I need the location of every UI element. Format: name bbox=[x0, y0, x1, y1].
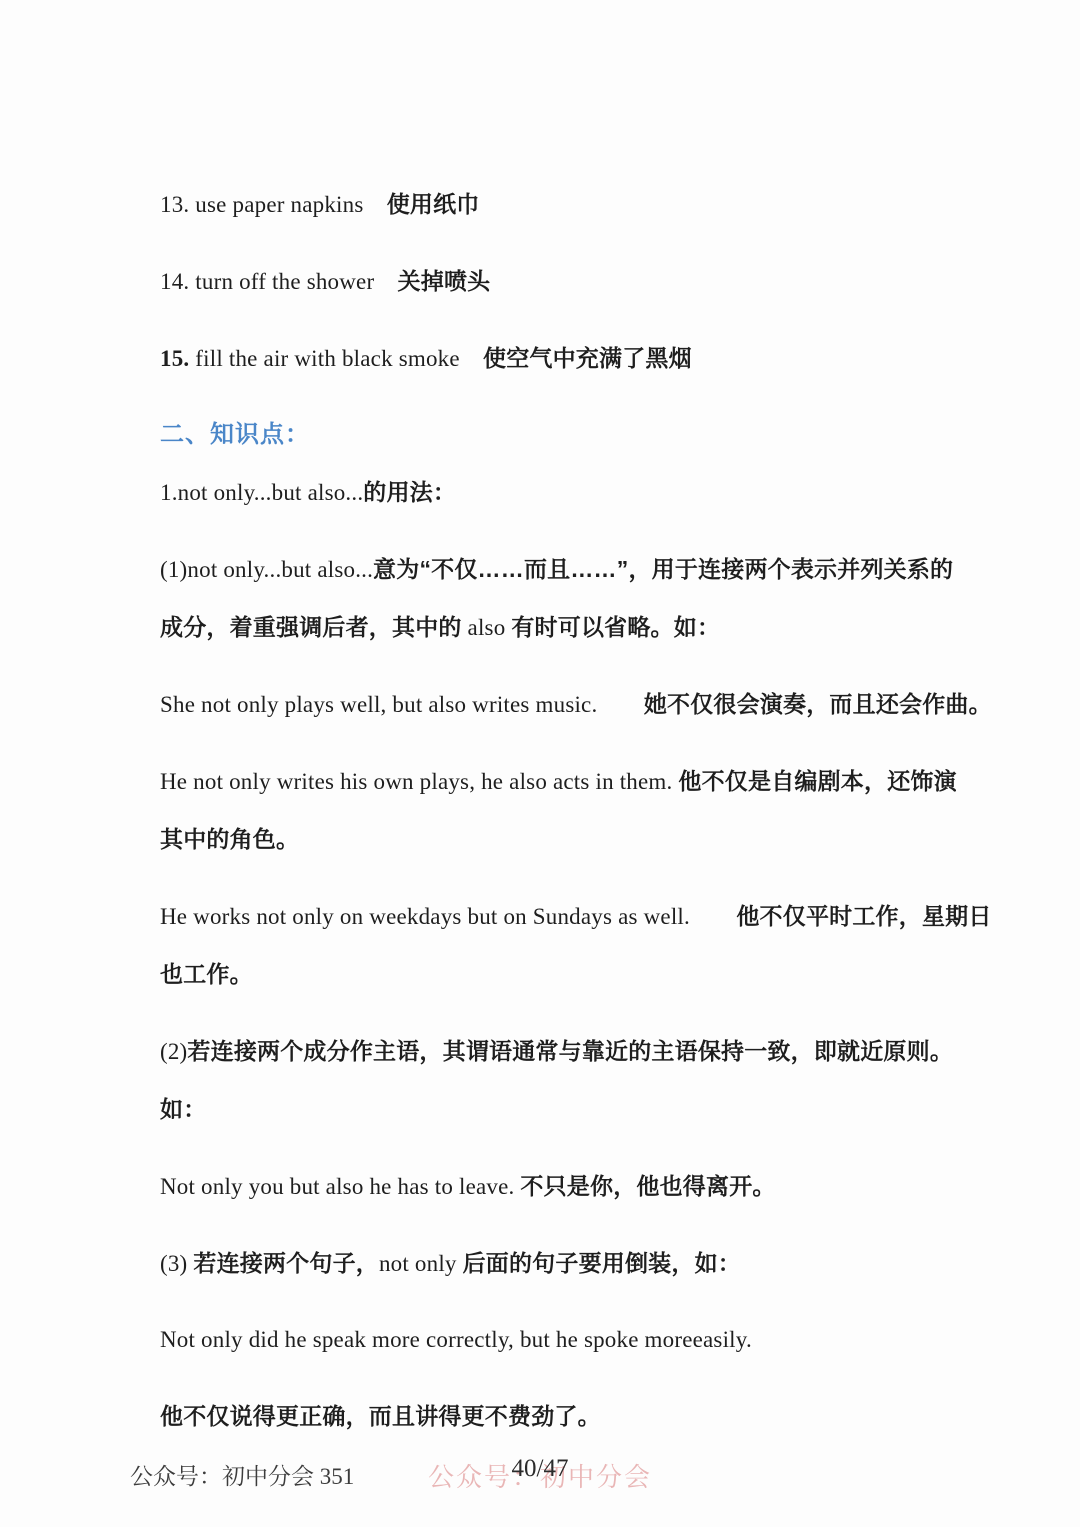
text-line: (2)若连接两个成分作主语，其谓语通常与靠近的主语保持一致，即就近原则。 bbox=[160, 1036, 980, 1067]
text-segment: (2) bbox=[160, 1039, 187, 1064]
section-heading: 二、知识点： bbox=[160, 420, 980, 450]
text-segment: 不只是你，他也得离开。 bbox=[520, 1173, 775, 1199]
text-line: 15. fill the air with black smoke 使空气中充满… bbox=[160, 343, 980, 374]
text-segment: (3) bbox=[160, 1251, 193, 1276]
text-line: 如： bbox=[160, 1094, 980, 1125]
text-segment: He works not only on weekdays but on Sun… bbox=[160, 904, 690, 929]
text-line: 1.not only...but also...的用法： bbox=[160, 477, 980, 508]
text-line: Not only you but also he has to leave. 不… bbox=[160, 1171, 980, 1202]
text-segment: 意为“不仅……而且……”，用于连接两个表示并列关系的 bbox=[373, 556, 953, 582]
text-segment: 有时可以省略。如： bbox=[511, 614, 720, 640]
text-segment: 14. turn off the shower bbox=[160, 269, 374, 294]
text-segment: 后面的句子要用倒装，如： bbox=[463, 1250, 741, 1276]
text-line: 13. use paper napkins 使用纸巾 bbox=[160, 189, 980, 220]
text-segment: 使用纸巾 bbox=[364, 191, 480, 217]
text-segment: not only bbox=[379, 1251, 463, 1276]
text-segment: 他不仅是自编剧本，还饰演 bbox=[678, 768, 956, 794]
text-line: 也工作。 bbox=[160, 959, 980, 990]
section-heading-text: 二、知识点： bbox=[160, 421, 310, 448]
footer-account-label: 公众号：初中分会 351 bbox=[130, 1458, 354, 1491]
text-line: She not only plays well, but also writes… bbox=[160, 689, 980, 720]
text-segment: 的用法： bbox=[363, 479, 456, 505]
text-line: He not only writes his own plays, he als… bbox=[160, 766, 980, 797]
text-segment: Not only did he speak more correctly, bu… bbox=[160, 1327, 752, 1352]
text-segment: 1.not only...but also... bbox=[160, 480, 363, 505]
page-number: 40/47 bbox=[512, 1455, 569, 1483]
text-line: He works not only on weekdays but on Sun… bbox=[160, 901, 980, 932]
text-segment: also bbox=[462, 615, 512, 640]
text-segment: 她不仅很会演奏，而且还会作曲。 bbox=[597, 691, 991, 717]
text-segment: She not only plays well, but also writes… bbox=[160, 692, 597, 717]
text-segment: (1)not only...but also... bbox=[160, 557, 373, 582]
text-segment: fill the air with black smoke bbox=[189, 346, 459, 371]
text-segment: 成分，着重强调后者，其中的 bbox=[160, 614, 462, 640]
text-segment: 他不仅平时工作，星期日 bbox=[690, 903, 992, 929]
text-segment: Not only you but also he has to leave. bbox=[160, 1174, 520, 1199]
text-segment: 使空气中充满了黑烟 bbox=[460, 345, 692, 371]
document-page: 13. use paper napkins 使用纸巾14. turn off t… bbox=[0, 0, 1080, 1527]
text-segment: 也工作。 bbox=[160, 961, 253, 987]
text-line: 成分，着重强调后者，其中的 also 有时可以省略。如： bbox=[160, 612, 980, 643]
text-segment: 关掉喷头 bbox=[374, 268, 490, 294]
text-segment: He not only writes his own plays, he als… bbox=[160, 769, 678, 794]
text-segment: 他不仅说得更正确，而且讲得更不费劲了。 bbox=[160, 1403, 601, 1429]
text-line: Not only did he speak more correctly, bu… bbox=[160, 1325, 980, 1355]
text-line: (1)not only...but also...意为“不仅……而且……”，用于… bbox=[160, 554, 980, 585]
text-line: 14. turn off the shower 关掉喷头 bbox=[160, 266, 980, 297]
text-segment: 若连接两个成分作主语，其谓语通常与靠近的主语保持一致，即就近原则。 bbox=[187, 1038, 953, 1064]
text-segment: 其中的角色。 bbox=[160, 826, 299, 852]
text-segment: 如： bbox=[160, 1096, 206, 1122]
text-segment: 13. use paper napkins bbox=[160, 192, 364, 217]
text-line: (3) 若连接两个句子，not only 后面的句子要用倒装，如： bbox=[160, 1248, 980, 1279]
text-line: 其中的角色。 bbox=[160, 824, 980, 855]
text-segment: 若连接两个句子， bbox=[193, 1250, 379, 1276]
text-line: 他不仅说得更正确，而且讲得更不费劲了。 bbox=[160, 1401, 980, 1432]
document-content: 13. use paper napkins 使用纸巾14. turn off t… bbox=[160, 143, 980, 1432]
text-segment: 15. bbox=[160, 346, 189, 371]
